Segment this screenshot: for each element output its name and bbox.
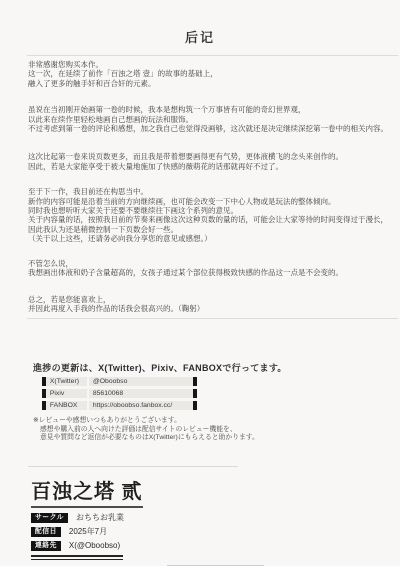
colophon-bottom-rule (31, 555, 123, 560)
text-line: 虽说在当初刚开始画第一卷的时候，我本是想构筑一个万事皆有可能的奇幻世界观， (28, 105, 390, 114)
text-line: 不过考虑到第一卷的评论和感想，加之我自己也觉得没画够，这次就还是决定继续深挖第一… (28, 124, 390, 133)
channel-value: @Oboobso (89, 377, 193, 386)
text-line: 至于下一作，我目前还在构思当中。 (28, 187, 390, 196)
mid-divider (27, 318, 398, 319)
top-divider (27, 55, 398, 56)
note-line: ※レビューや感想いつもありがとうございます。 (33, 417, 400, 425)
afterword-body: 非常感谢您购买本作。 这一次，在延续了前作「百浊之塔 壹」的故事的基础上， 融入… (28, 60, 390, 313)
text-line: 我想画出体液和奶子含量超高的，女孩子通过某个部位获得极致快感的作品这一点是不会变… (28, 268, 390, 277)
table-row: X(Twitter) @Oboobso (42, 377, 197, 386)
text-line: 融入了更多的触手奸和百合奸的元素。 (28, 79, 390, 88)
circle-name: おちちお乳業 (76, 512, 124, 523)
text-line: 并因此再度入手我的作品的话我会很高兴的。（鞠躬） (28, 304, 390, 313)
channel-label: Pixiv (46, 389, 87, 398)
afterword-paragraph: 至于下一作，我目前还在构思当中。 新作的内容可能是沿着当前的方向继续画，也可能会… (28, 187, 390, 243)
note-line: 感想や購入前の人へ向けた評価は配信サイトのレビュー機能を、 (40, 426, 400, 434)
text-line: 总之，若是您能喜欢上， (28, 295, 390, 304)
table-row: Pixiv 85610068 (42, 389, 197, 398)
colophon-rows: サークル おちちお乳業 配信日 2025年7月 連絡先 X(@Oboobso) (31, 513, 400, 551)
afterword-paragraph: 虽说在当初刚开始画第一卷的时候，我本是想构筑一个万事皆有可能的奇幻世界观， 以此… (28, 105, 390, 133)
work-title: 百浊之塔 贰 (31, 467, 400, 504)
afterword-paragraph: 总之，若是您能喜欢上， 并因此再度入手我的作品的话我会很高兴的。（鞠躬） (28, 295, 390, 314)
text-line: 关于内容量的话，按照我目前的节奏来画像这次这种页数的量的话，可能会让大家等待的时… (28, 215, 390, 224)
title-underline (31, 506, 143, 508)
colophon-row: 配信日 2025年7月 (31, 527, 400, 537)
channel-value: https://oboobso.fanbox.cc/ (89, 401, 193, 410)
text-line: 非常感谢您购买本作。 (28, 60, 390, 69)
release-date-label-chip: 配信日 (31, 527, 61, 537)
channels-table: X(Twitter) @Oboobso Pixiv 85610068 FANBO… (42, 377, 400, 410)
circle-label-chip: サークル (31, 513, 68, 523)
text-line: 这次比起第一卷来说页数更多，而且我是带着想要画得更有气势，更体液横飞的念头来创作… (28, 152, 390, 161)
afterword-page: 后记 非常感谢您购买本作。 这一次，在延续了前作「百浊之塔 壹」的故事的基础上，… (0, 0, 400, 566)
row-end-marker (193, 377, 197, 386)
text-line: 不管怎么说， (28, 259, 390, 268)
colophon-row: サークル おちちお乳業 (31, 513, 400, 523)
text-line: 因此我认为还是稍微控制一下页数会好一些。 (28, 225, 390, 234)
channel-value: 85610068 (89, 389, 193, 398)
afterword-paragraph: 这次比起第一卷来说页数更多，而且我是带着想要画得更有气势，更体液横飞的念头来创作… (28, 152, 390, 171)
updates-heading: 進捗の更新は、X(Twitter)、Pixiv、FANBOXで行ってます。 (33, 361, 400, 374)
channel-label: FANBOX (46, 401, 87, 410)
page-title: 后记 (0, 0, 400, 46)
review-notes: ※レビューや感想いつもありがとうございます。 感想や購入前の人へ向けた評価は配信… (33, 417, 400, 442)
colophon-row: 連絡先 X(@Oboobso) (31, 541, 400, 551)
row-end-marker (193, 401, 197, 410)
text-line: 这一次，在延续了前作「百浊之塔 壹」的故事的基础上， (28, 69, 390, 78)
release-date: 2025年7月 (69, 526, 107, 537)
text-line: （关于以上这些，还请务必向我分享您的意见或感想。） (28, 234, 390, 243)
table-row: FANBOX https://oboobso.fanbox.cc/ (42, 401, 197, 410)
afterword-paragraph: 不管怎么说， 我想画出体液和奶子含量超高的，女孩子通过某个部位获得极致快感的作品… (28, 259, 390, 278)
updates-section: 進捗の更新は、X(Twitter)、Pixiv、FANBOXで行ってます。 X(… (33, 361, 400, 442)
row-end-marker (193, 389, 197, 398)
note-line: 意見や質問など返信が必要なものはX(Twitter)にもらえると助かります。 (40, 434, 400, 442)
afterword-paragraph: 非常感谢您购买本作。 这一次，在延续了前作「百浊之塔 壹」的故事的基础上， 融入… (28, 60, 390, 88)
colophon-section: 百浊之塔 贰 サークル おちちお乳業 配信日 2025年7月 連絡先 X(@Ob… (31, 467, 400, 566)
contact-label-chip: 連絡先 (31, 541, 61, 551)
text-line: 因此，若是大家能享受于被大量地施加了快感的薇萌花的话那就再好不过了。 (28, 162, 390, 171)
channel-label: X(Twitter) (46, 377, 87, 386)
text-line: 新作的内容可能是沿着当前的方向继续画，也可能会改变一下中心人物或是玩法的整体倾向… (28, 197, 390, 206)
text-line: 以此来在续作里轻松地画自己想画的玩法和服饰。 (28, 115, 390, 124)
contact-handle: X(@Oboobso) (69, 541, 120, 550)
